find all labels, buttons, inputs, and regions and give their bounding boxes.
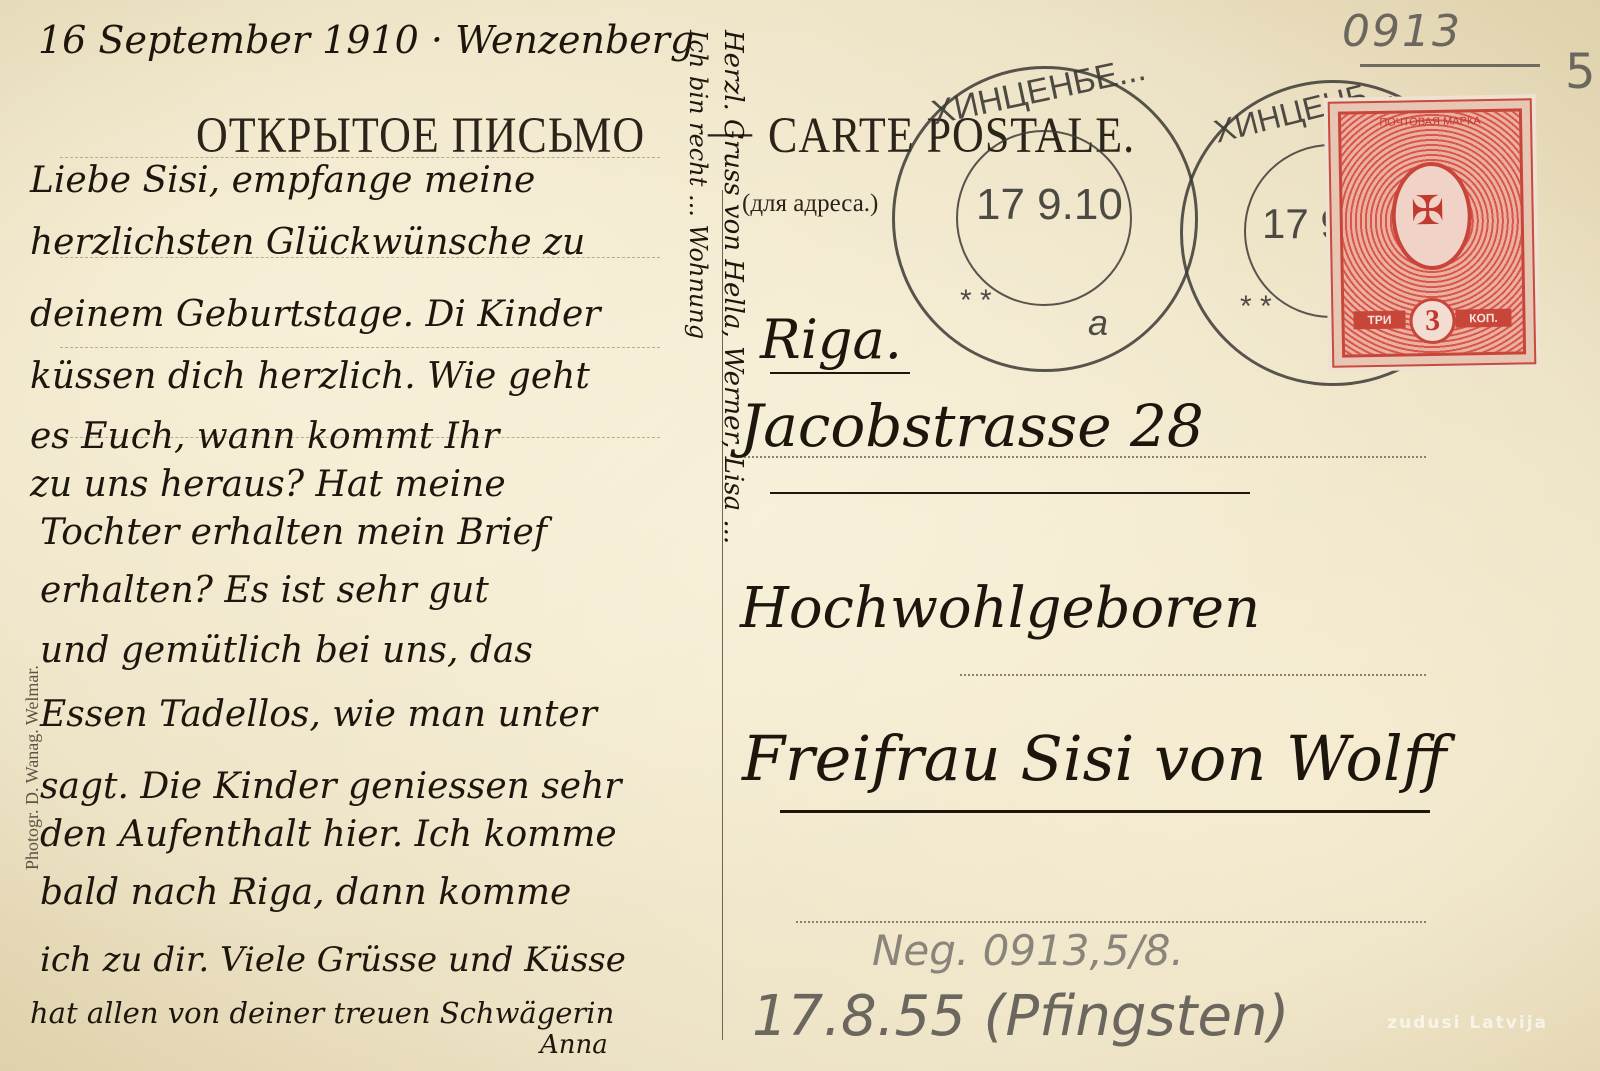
archive-number: 0913 xyxy=(1342,6,1462,57)
letter-line: den Aufenthalt hier. Ich komme xyxy=(40,814,617,855)
letter-line: es Euch, wann kommt Ihr xyxy=(30,416,499,457)
letter-line: und gemütlich bei uns, das xyxy=(40,630,533,671)
address-underline xyxy=(780,810,1430,813)
archive-number-underline xyxy=(1360,64,1540,67)
letter-line: Liebe Sisi, empfange meine xyxy=(30,160,535,201)
letter-line: herzlichsten Glückwünsche zu xyxy=(30,222,585,263)
address-underline xyxy=(770,492,1250,494)
letter-line: bald nach Riga, dann komme xyxy=(40,872,571,913)
message-rule xyxy=(60,347,660,348)
watermark: zudusi Latvija xyxy=(1387,1013,1548,1033)
letter-line: Essen Tadellos, wie man unter xyxy=(40,694,597,735)
message-rule xyxy=(60,157,660,158)
letter-line: erhalten? Es ist sehr gut xyxy=(40,570,489,611)
letter-signature: Anna xyxy=(540,1030,608,1060)
archive-side-number: 5 xyxy=(1565,44,1596,100)
address-underline xyxy=(770,372,910,374)
letter-line: hat allen von deiner treuen Schwägerin xyxy=(30,996,614,1030)
postcard-back: 0913 5 16 September 1910 · Wenzenberg ОТ… xyxy=(0,0,1600,1071)
postmark-letter: a xyxy=(1088,302,1108,344)
double-eagle-icon: ✠ xyxy=(1409,184,1446,239)
archive-date-note: 17.8.55 (Pfingsten) xyxy=(752,984,1289,1049)
address-rule xyxy=(960,674,1426,676)
postmark-date: 17 9.10 xyxy=(976,180,1123,230)
address-hint: (для адреса.) xyxy=(742,190,878,218)
letter-dateline: 16 September 1910 · Wenzenberg xyxy=(38,18,694,62)
margin-note: Herzl. Gruss von Hella, Werner, Lisa ... xyxy=(718,30,748,544)
letter-line: Tochter erhalten mein Brief xyxy=(40,512,547,553)
letter-line: zu uns heraus? Hat meine xyxy=(30,464,506,505)
letter-line: deinem Geburtstage. Di Kinder xyxy=(30,294,601,335)
address-rule xyxy=(796,921,1426,923)
stamp-right-label: КОП. xyxy=(1455,309,1511,328)
letter-line: sagt. Die Kinder geniessen sehr xyxy=(40,766,621,807)
letter-line: ich zu dir. Viele Grüsse und Küsse xyxy=(40,940,626,980)
postmark-stars: * * xyxy=(1240,290,1272,324)
stamp-left-label: ТРИ xyxy=(1353,310,1405,329)
address-honorific: Hochwohlgeboren xyxy=(740,576,1260,641)
postmark-stars: * * xyxy=(960,284,992,318)
margin-note: Ich bin recht ... Wohnung xyxy=(684,30,712,339)
address-recipient: Freifrau Sisi von Wolff xyxy=(742,722,1447,795)
stamp-top-text: ПОЧТОВАЯ МАРКА xyxy=(1360,115,1500,133)
letter-line: küssen dich herzlich. Wie geht xyxy=(30,356,590,397)
address-street: Jacobstrasse 28 xyxy=(740,392,1204,460)
postage-stamp: ПОЧТОВАЯ МАРКА ✠ ТРИ 3 КОП. xyxy=(1328,98,1537,368)
negative-reference: Neg. 0913,5/8. xyxy=(872,926,1184,975)
address-city: Riga. xyxy=(760,308,902,371)
title-russian: ОТКРЫТОЕ ПИСЬМО xyxy=(196,106,645,165)
